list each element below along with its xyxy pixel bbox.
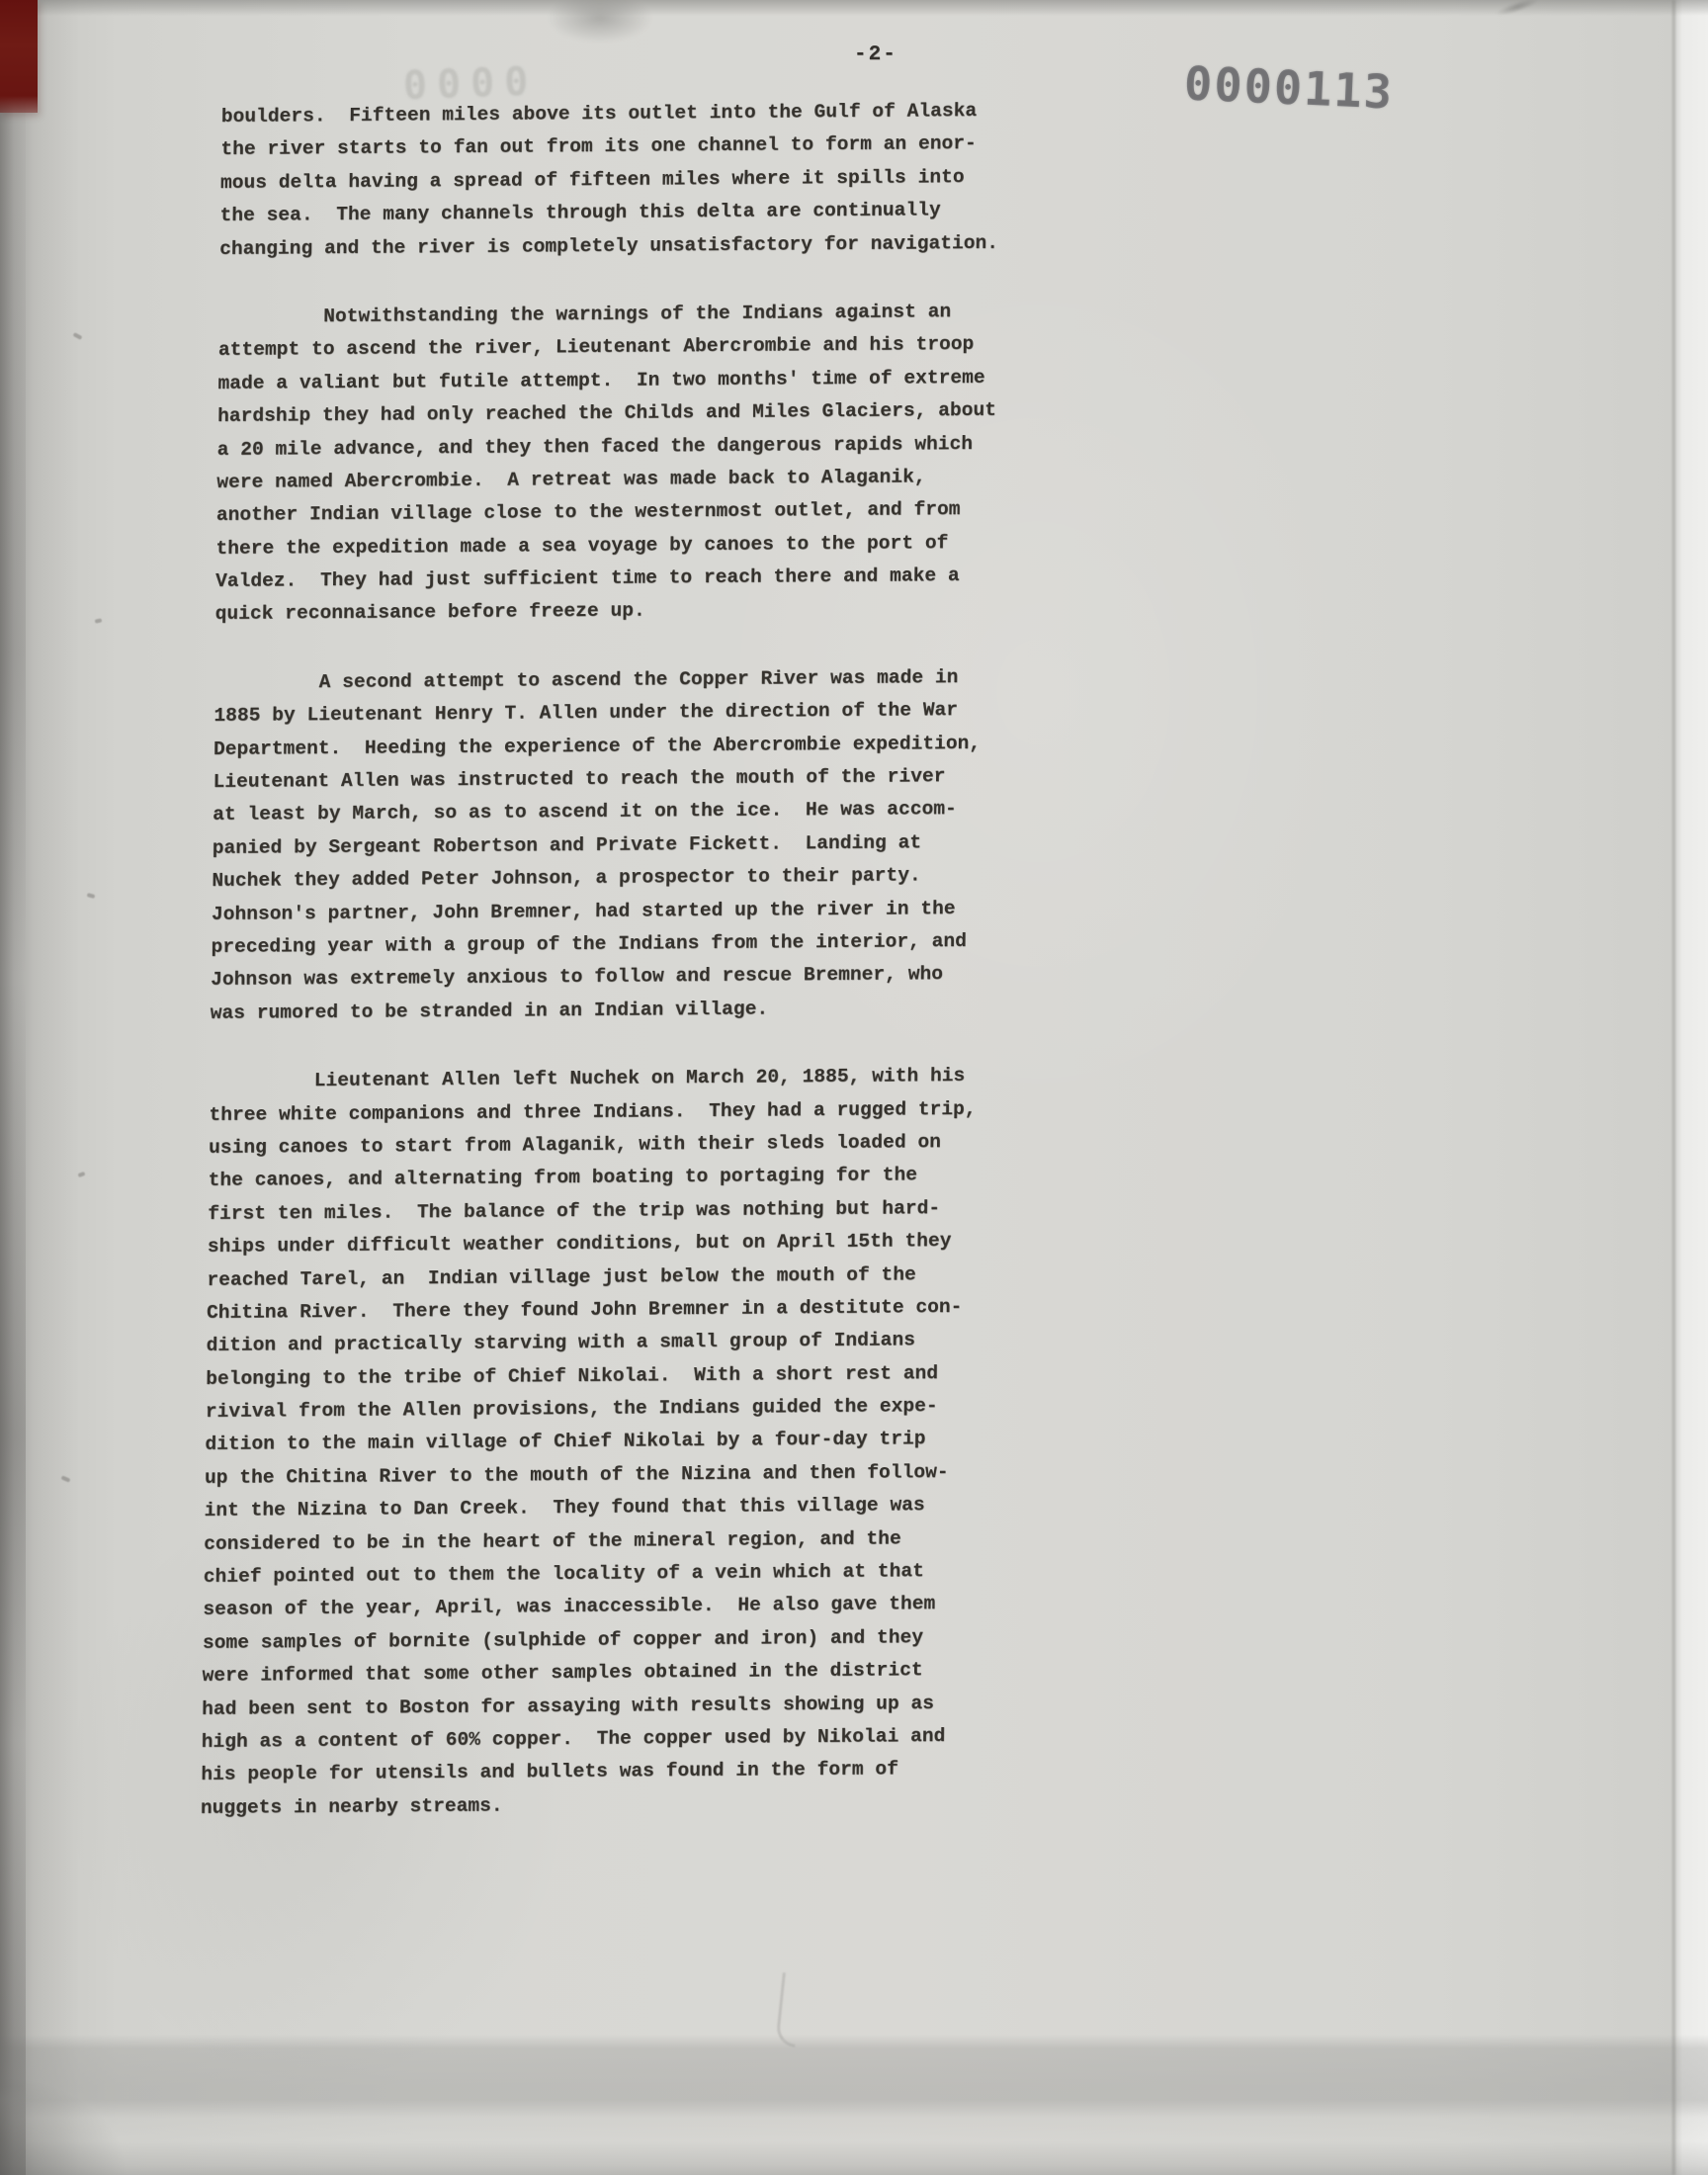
text-line: another Indian village close to the west… bbox=[216, 492, 1086, 532]
text-line: nuggets in nearby streams. bbox=[201, 1785, 1070, 1825]
margin-speck bbox=[78, 1172, 86, 1177]
scan-left-edge-variation bbox=[0, 0, 26, 2175]
text-line: quick reconnaisance before freeze up. bbox=[214, 592, 1084, 632]
red-corner-mark bbox=[0, 0, 38, 113]
text-line: mous delta having a spread of fifteen mi… bbox=[220, 160, 1090, 200]
paper-right-edge-line bbox=[1672, 0, 1675, 2175]
margin-speck bbox=[87, 893, 96, 899]
text-line: ships under difficult weather conditions… bbox=[208, 1224, 1077, 1263]
text-line: a 20 mile advance, and they then faced t… bbox=[216, 427, 1086, 467]
paragraph-4: Lieutenant Allen left Nuchek on March 20… bbox=[201, 1059, 1079, 1825]
text-line: changing and the river is completely uns… bbox=[219, 226, 1089, 266]
paragraph-1: boulders. Fifteen miles above its outlet… bbox=[219, 94, 1091, 266]
text-line: was rumored to be stranded in an Indian … bbox=[211, 991, 1080, 1030]
scan-bottom-bands bbox=[0, 2035, 1708, 2175]
scan-bottom-left-shadow bbox=[0, 2076, 128, 2175]
paragraph-2: Notwithstanding the warnings of the Indi… bbox=[214, 295, 1088, 632]
top-smudge bbox=[546, 0, 654, 43]
paragraph-3: A second attempt to ascend the Copper Ri… bbox=[211, 660, 1085, 1030]
text-line: Department. Heeding the experience of th… bbox=[213, 727, 1083, 766]
margin-speck bbox=[95, 618, 103, 623]
scan-top-edge-shadow bbox=[0, 0, 1708, 16]
scanned-document-page: -2- 0000 0000113 boulders. Fifteen miles… bbox=[0, 0, 1708, 2175]
stamp-number: 0000113 bbox=[1183, 56, 1395, 120]
text-line: three white companions and three Indians… bbox=[209, 1092, 1078, 1132]
page-number: -2- bbox=[854, 43, 897, 66]
typed-text-body: boulders. Fifteen miles above its outlet… bbox=[201, 94, 1091, 1825]
text-line: at least by March, so as to ascend it on… bbox=[213, 793, 1082, 832]
